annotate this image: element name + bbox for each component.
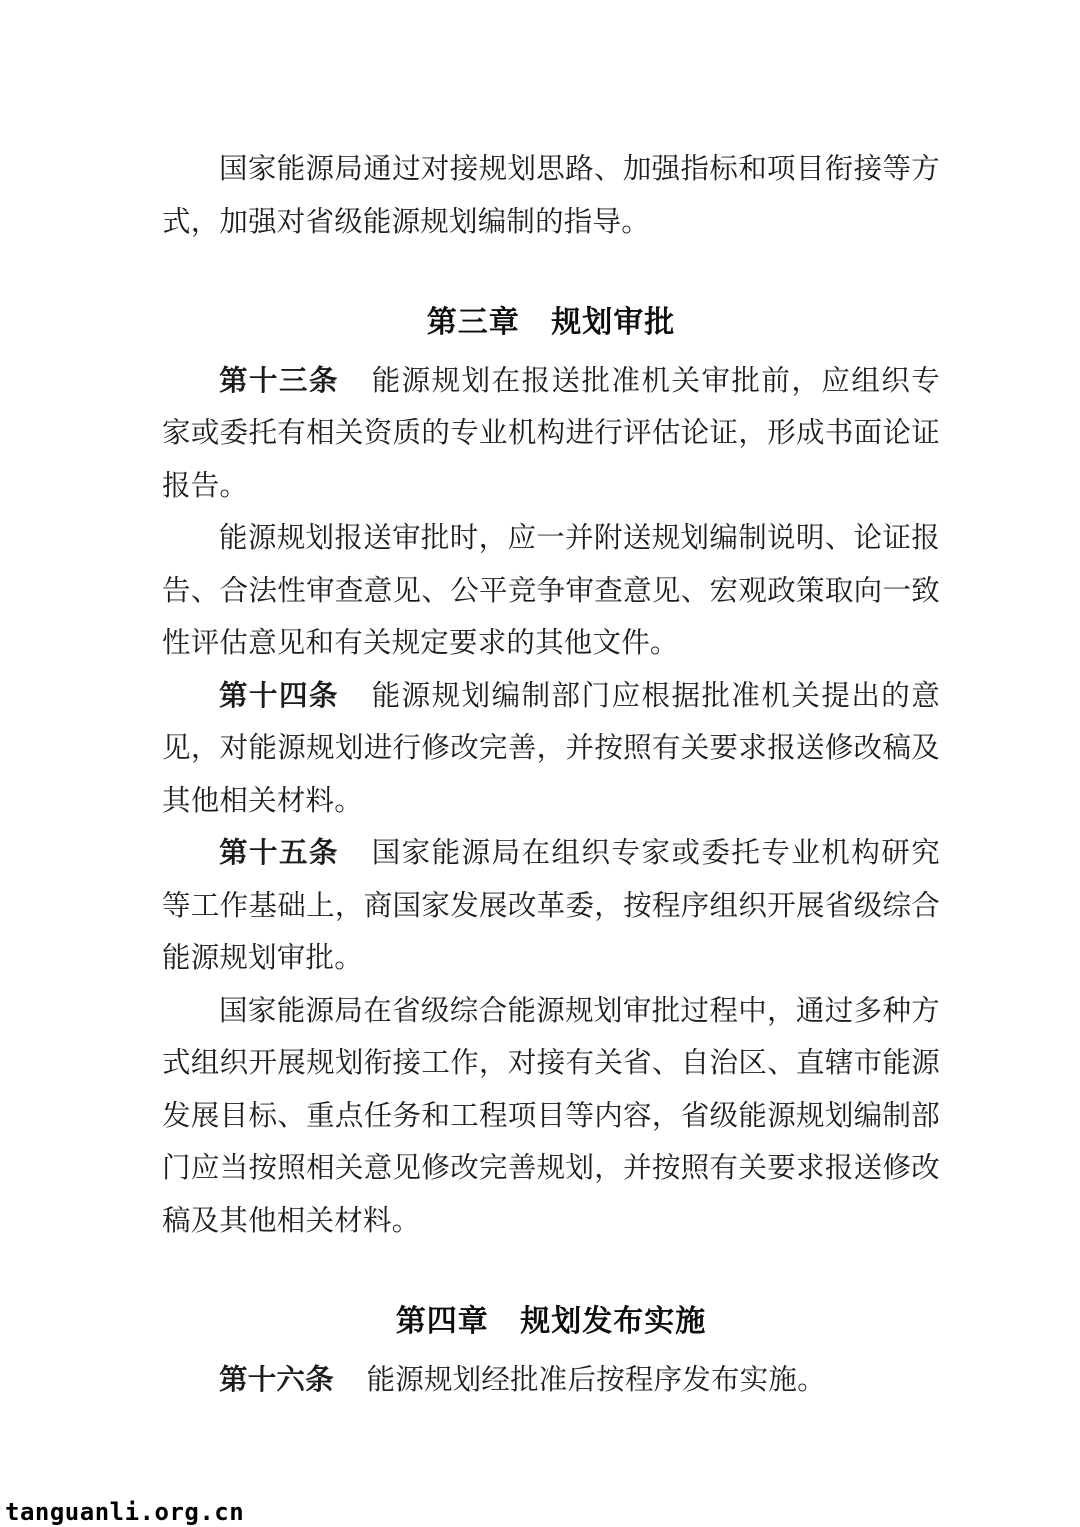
intro-paragraph: 国家能源局通过对接规划思路、加强指标和项目衔接等方式，加强对省级能源规划编制的指… — [162, 144, 940, 249]
chapter-4-number: 第四章 — [396, 1305, 489, 1338]
document-page: 国家能源局通过对接规划思路、加强指标和项目衔接等方式，加强对省级能源规划编制的指… — [0, 0, 1080, 1527]
article-14-number: 第十四条 — [219, 681, 339, 712]
article-16-paragraph: 第十六条能源规划经批准后按程序发布实施。 — [162, 1355, 940, 1408]
chapter-3-number: 第三章 — [427, 306, 520, 339]
article-14-paragraph: 第十四条能源规划编制部门应根据批准机关提出的意见，对能源规划进行修改完善，并按照… — [162, 671, 940, 829]
chapter-4-heading: 第四章规划发布实施 — [162, 1296, 940, 1349]
article-15-number: 第十五条 — [219, 838, 339, 869]
article-16-text: 能源规划经批准后按程序发布实施。 — [367, 1365, 826, 1396]
article-16-number: 第十六条 — [219, 1365, 334, 1396]
chapter-3-title: 规划审批 — [551, 306, 675, 339]
article-15-paragraph: 第十五条国家能源局在组织专家或委托专业机构研究等工作基础上，商国家发展改革委，按… — [162, 828, 940, 986]
article-15-second-paragraph: 国家能源局在省级综合能源规划审批过程中，通过多种方式组织开展规划衔接工作，对接有… — [162, 986, 940, 1249]
chapter-3-heading: 第三章规划审批 — [162, 297, 940, 350]
article-13-number: 第十三条 — [219, 366, 339, 397]
site-watermark: tanguanli.org.cn — [5, 1499, 244, 1525]
article-13-second-paragraph: 能源规划报送审批时，应一并附送规划编制说明、论证报告、合法性审查意见、公平竞争审… — [162, 513, 940, 671]
article-13-paragraph: 第十三条能源规划在报送批准机关审批前，应组织专家或委托有相关资质的专业机构进行评… — [162, 356, 940, 514]
chapter-4-title: 规划发布实施 — [520, 1305, 706, 1338]
